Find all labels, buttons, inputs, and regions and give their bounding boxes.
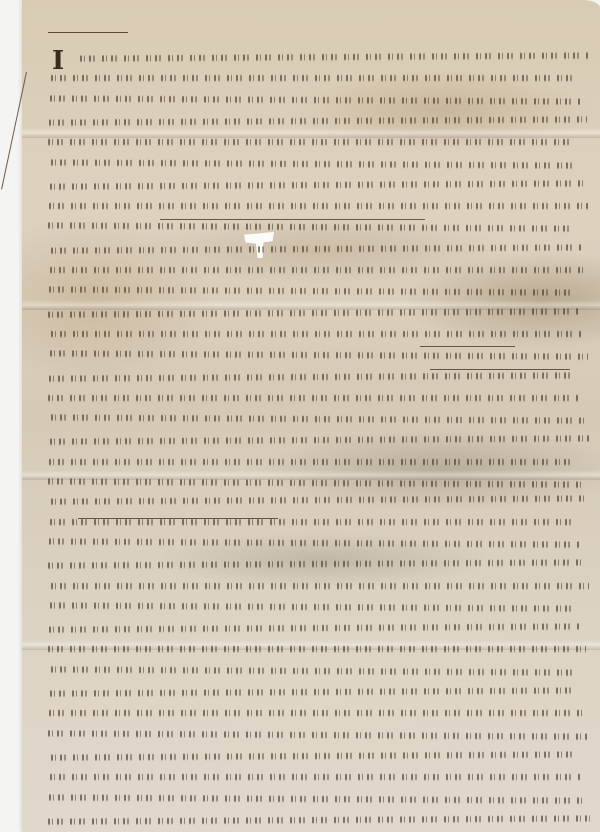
script-line xyxy=(49,457,577,466)
script-line xyxy=(50,265,586,274)
underline xyxy=(420,346,515,347)
script-line xyxy=(48,137,574,146)
underline xyxy=(430,369,570,370)
script-line xyxy=(48,393,580,402)
underline xyxy=(160,219,425,220)
initial-flourish xyxy=(48,32,128,47)
script-line xyxy=(48,644,586,653)
script-line xyxy=(50,772,580,781)
decorated-initial: I xyxy=(52,46,64,76)
script-line xyxy=(51,329,583,338)
script-line xyxy=(49,708,583,717)
script-line xyxy=(49,201,589,210)
script-line xyxy=(51,73,577,82)
script-line xyxy=(51,581,589,590)
underline xyxy=(78,518,278,519)
